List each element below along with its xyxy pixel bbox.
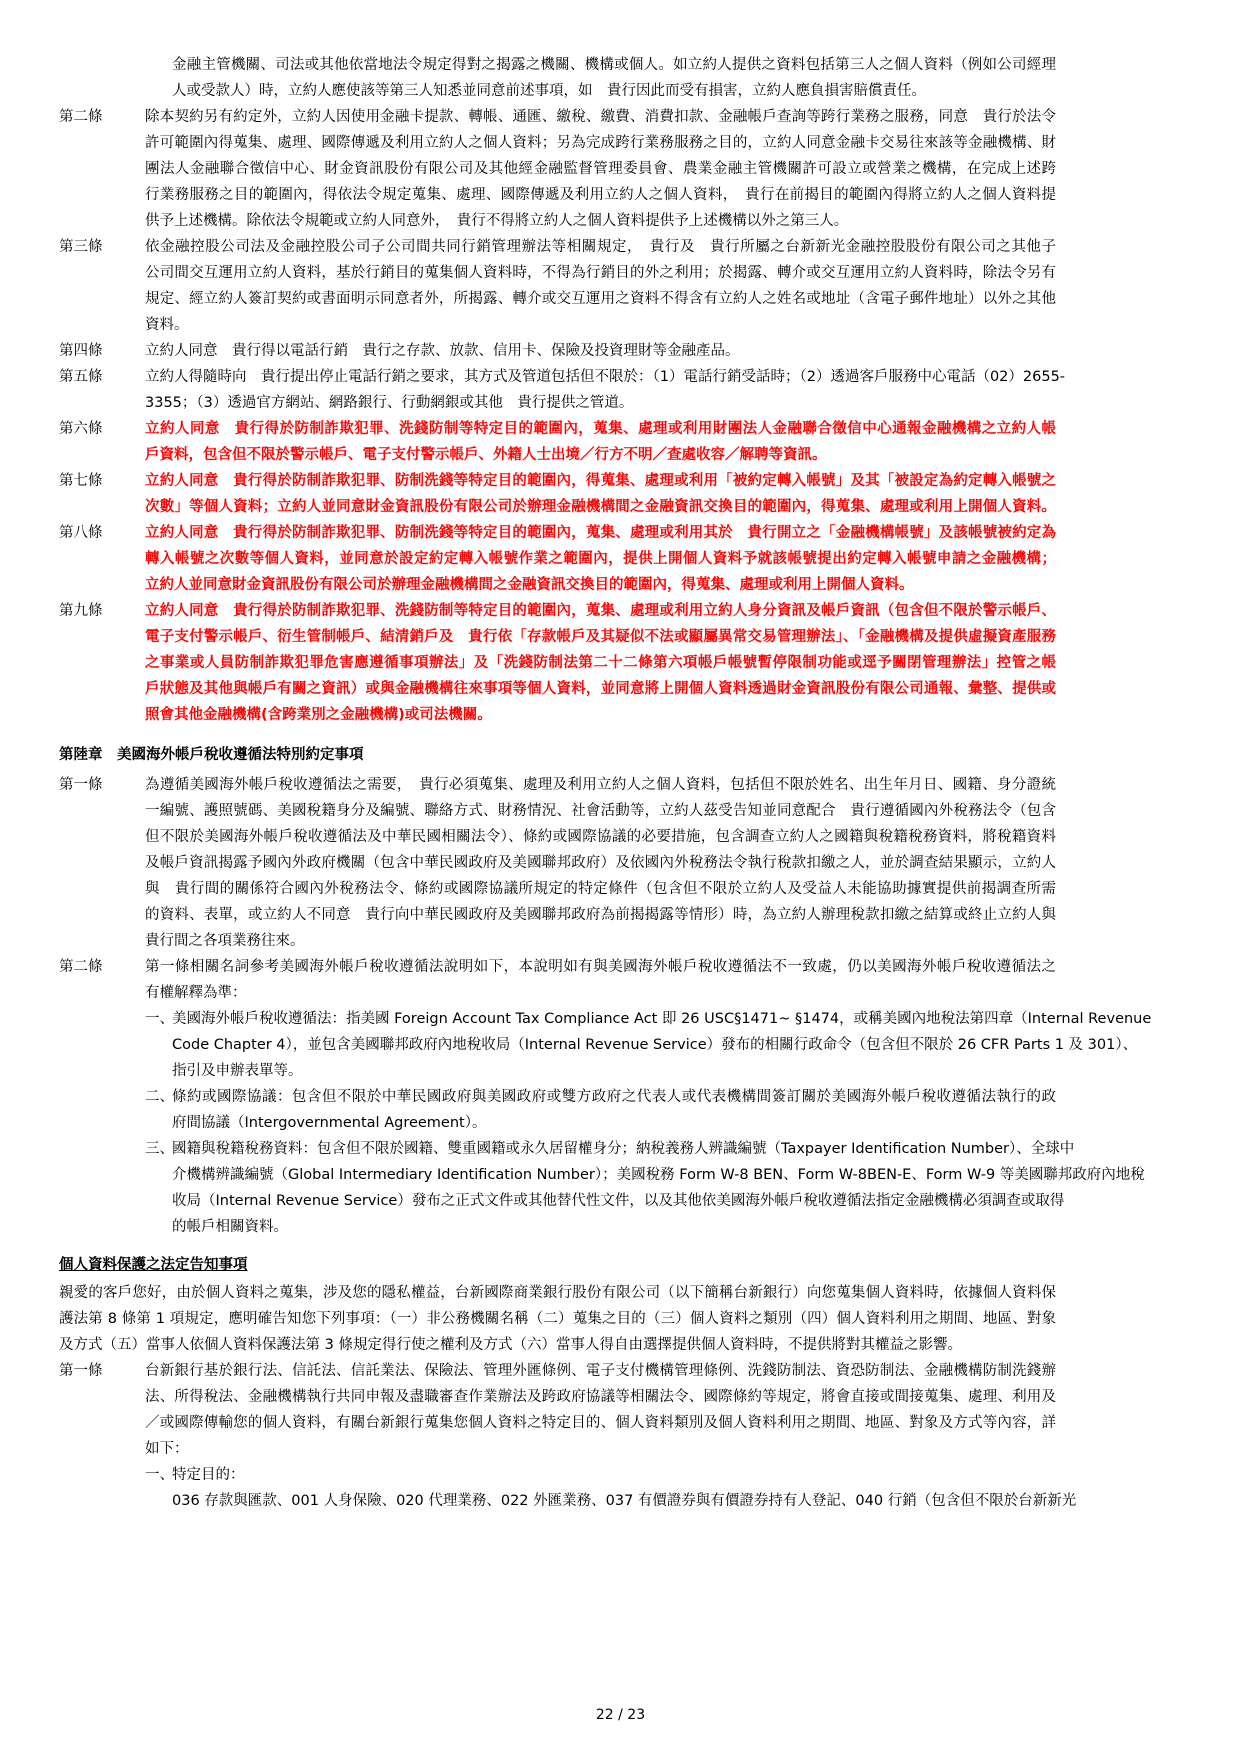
highlighted-article-line: 次數」等個人資料；立約人並同意財金資訊股份有限公司於辦理金融機構間之金融資訊交換… (145, 497, 1056, 519)
document-page: 金融主管機關、司法或其他依當地法令規定得對之揭露之機關、機構或個人。如立約人提供… (0, 0, 1241, 1754)
list-item-line: 府間協議（Intergovernmental Agreement）。 (172, 1113, 486, 1135)
article-line: 立約人得隨時向 貴行提出停止電話行銷之要求，其方式及管道包括但不限於：（1）電話… (145, 367, 1056, 389)
article-label: 第二條 (59, 957, 103, 977)
article-line: 為遵循美國海外帳戶稅收遵循法之需要， 貴行必須蒐集、處理及利用立約人之個人資料，… (145, 775, 1056, 797)
article-line: 與 貴行間的關係符合國內外稅務法令、條約或國際協議所規定的特定條件（包含但不限於… (145, 879, 1056, 901)
article-line: 公司間交互運用立約人資料，基於行銷目的蒐集個人資料時，不得為行銷目的外之利用；於… (145, 263, 1056, 285)
list-item-line: Code Chapter 4），並包含美國聯邦政府內地稅收局（Internal … (172, 1035, 1056, 1057)
highlighted-article-line: 轉入帳號之次數等個人資料，並同意於設定約定轉入帳號作業之範圍內，提供上開個人資料… (145, 549, 1056, 571)
article-line: 3355；（3）透過官方網站、網路銀行、行動網銀或其他 貴行提供之管道。 (145, 393, 633, 415)
article-label: 第九條 (59, 601, 103, 621)
list-marker: 一、 (145, 1465, 174, 1487)
article-label: 第五條 (59, 367, 103, 387)
article-label: 第一條 (59, 775, 103, 795)
article-line: 貴行間之各項業務往來。 (145, 931, 305, 953)
article-line: 法、所得稅法、金融機構執行共同申報及盡職審查作業辦法及跨政府協議等相關法令、國際… (145, 1387, 1056, 1409)
list-marker: 二、 (145, 1087, 174, 1109)
article-line: 台新銀行基於銀行法、信託法、信託業法、保險法、管理外匯條例、電子支付機構管理條例… (145, 1361, 1056, 1383)
highlighted-article-line: 立約人並同意財金資訊股份有限公司於辦理金融機構間之金融資訊交換目的範圍內，得蒐集… (145, 575, 914, 597)
article-line: 的資料、表單，或立約人不同意 貴行向中華民國政府及美國聯邦政府為前揭揭露等情形）… (145, 905, 1056, 927)
highlighted-article-line: 電子支付警示帳戶、衍生管制帳戶、結清銷戶及 貴行依「存款帳戶及其疑似不法或顯屬異… (145, 627, 1056, 649)
article-line: 供予上述機構。除依法令規範或立約人同意外， 貴行不得將立約人之個人資料提供予上述… (145, 211, 848, 233)
section-heading: 個人資料保護之法定告知事項 (59, 1255, 248, 1277)
list-item-line: 美國海外帳戶稅收遵循法：指美國 Foreign Account Tax Comp… (172, 1009, 1056, 1031)
list-item-line: 收局（Internal Revenue Service）發布之正式文件或其他替代… (172, 1191, 1056, 1213)
highlighted-article-line: 照會其他金融機構(含跨業別之金融機構)或司法機關。 (145, 705, 492, 727)
article-label: 第六條 (59, 419, 103, 439)
article-line: 依金融控股公司法及金融控股公司子公司間共同行銷管理辦法等相關規定， 貴行及 貴行… (145, 237, 1056, 259)
article-line: 及帳戶資訊揭露予國內外政府機關（包含中華民國政府及美國聯邦政府）及依國內外稅務法… (145, 853, 1056, 875)
article-line: 立約人同意 貴行得以電話行銷 貴行之存款、放款、信用卡、保險及投資理財等金融產品… (145, 341, 740, 363)
intro-line: 親愛的客戶您好，由於個人資料之蒐集，涉及您的隱私權益，台新國際商業銀行股份有限公… (59, 1283, 1056, 1305)
page-number: 22 / 23 (0, 1707, 1241, 1723)
highlighted-article-line: 戶狀態及其他與帳戶有關之資訊）或與金融機構往來事項等個人資料，並同意將上開個人資… (145, 679, 1056, 701)
list-marker: 三、 (145, 1139, 174, 1161)
list-item-line: 條約或國際協議：包含但不限於中華民國政府與美國政府或雙方政府之代表人或代表機構間… (172, 1087, 1056, 1109)
article-label: 第四條 (59, 341, 103, 361)
list-item-title: 特定目的： (172, 1465, 245, 1487)
continuation-line: 金融主管機關、司法或其他依當地法令規定得對之揭露之機關、機構或個人。如立約人提供… (172, 55, 1056, 77)
article-line: ／或國際傳輸您的個人資料，有關台新銀行蒐集您個人資料之特定目的、個人資料類別及個… (145, 1413, 1056, 1435)
article-line: 但不限於美國海外帳戶稅收遵循法及中華民國相關法令）、條約或國際協議的必要措施，包… (145, 827, 1056, 849)
intro-line: 護法第 8 條第 1 項規定，應明確告知您下列事項：（一）非公務機關名稱（二）蒐… (59, 1309, 1056, 1331)
article-line: 團法人金融聯合徵信中心、財金資訊股份有限公司及其他經金融監督管理委員會、農業金融… (145, 159, 1056, 181)
highlighted-article-line: 立約人同意 貴行得於防制詐欺犯罪、防制洗錢等特定目的範圍內，蒐集、處理或利用其於… (145, 523, 1056, 545)
article-line: 第一條相關名詞參考美國海外帳戶稅收遵循法說明如下，本說明如有與美國海外帳戶稅收遵… (145, 957, 1056, 979)
list-item-line: 國籍與稅籍稅務資料：包含但不限於國籍、雙重國籍或永久居留權身分；納稅義務人辨識編… (172, 1139, 1056, 1161)
intro-line: 及方式（五）當事人依個人資料保護法第 3 條規定得行使之權利及方式（六）當事人得… (59, 1335, 962, 1357)
highlighted-article-line: 之事業或人員防制詐欺犯罪危害應遵循事項辦法」及「洗錢防制法第二十二條第六項帳戶帳… (145, 653, 1056, 675)
article-label: 第八條 (59, 523, 103, 543)
highlighted-article-line: 戶資料，包含但不限於警示帳戶、電子支付警示帳戶、外籍人士出境／行方不明／查處收容… (145, 445, 827, 467)
highlighted-article-line: 立約人同意 貴行得於防制詐欺犯罪、防制洗錢等特定目的範圍內，得蒐集、處理或利用「… (145, 471, 1056, 493)
highlighted-article-line: 立約人同意 貴行得於防制詐欺犯罪、洗錢防制等特定目的範圍內，蒐集、處理或利用立約… (145, 601, 1056, 623)
article-line: 資料。 (145, 315, 189, 337)
continuation-line: 人或受款人）時，立約人應使該等第三人知悉並同意前述事項，如 貴行因此而受有損害，… (172, 81, 926, 103)
article-line: 除本契約另有約定外，立約人因使用金融卡提款、轉帳、通匯、繳稅、繳費、消費扣款、金… (145, 107, 1056, 129)
chapter-heading: 第陸章 美國海外帳戶稅收遵循法特別約定事項 (59, 745, 364, 767)
highlighted-article-line: 立約人同意 貴行得於防制詐欺犯罪、洗錢防制等特定目的範圍內，蒐集、處理或利用財團… (145, 419, 1056, 441)
list-item-line: 的帳戶相關資料。 (172, 1217, 288, 1239)
list-marker: 一、 (145, 1009, 174, 1031)
article-line: 一編號、護照號碼、美國稅籍身分及編號、聯絡方式、財務情況、社會活動等，立約人茲受… (145, 801, 1056, 823)
list-item-line: 指引及申辦表單等。 (172, 1061, 303, 1083)
article-label: 第一條 (59, 1361, 103, 1381)
article-label: 第三條 (59, 237, 103, 257)
list-item-line: 介機構辨識編號（Global Intermediary Identificati… (172, 1165, 1056, 1187)
list-item-line: 036 存款與匯款、001 人身保險、020 代理業務、022 外匯業務、037… (172, 1491, 1056, 1513)
article-line: 行業務服務之目的範圍內，得依法令規定蒐集、處理、國際傳遞及利用立約人之個人資料，… (145, 185, 1056, 207)
article-line: 如下： (145, 1439, 189, 1461)
article-label: 第二條 (59, 107, 103, 127)
article-label: 第七條 (59, 471, 103, 491)
article-line: 規定、經立約人簽訂契約或書面明示同意者外，所揭露、轉介或交互運用之資料不得含有立… (145, 289, 1056, 311)
article-line: 有權解釋為準： (145, 983, 247, 1005)
article-line: 許可範圍內得蒐集、處理、國際傳遞及利用立約人之個人資料；另為完成跨行業務服務之目… (145, 133, 1056, 155)
